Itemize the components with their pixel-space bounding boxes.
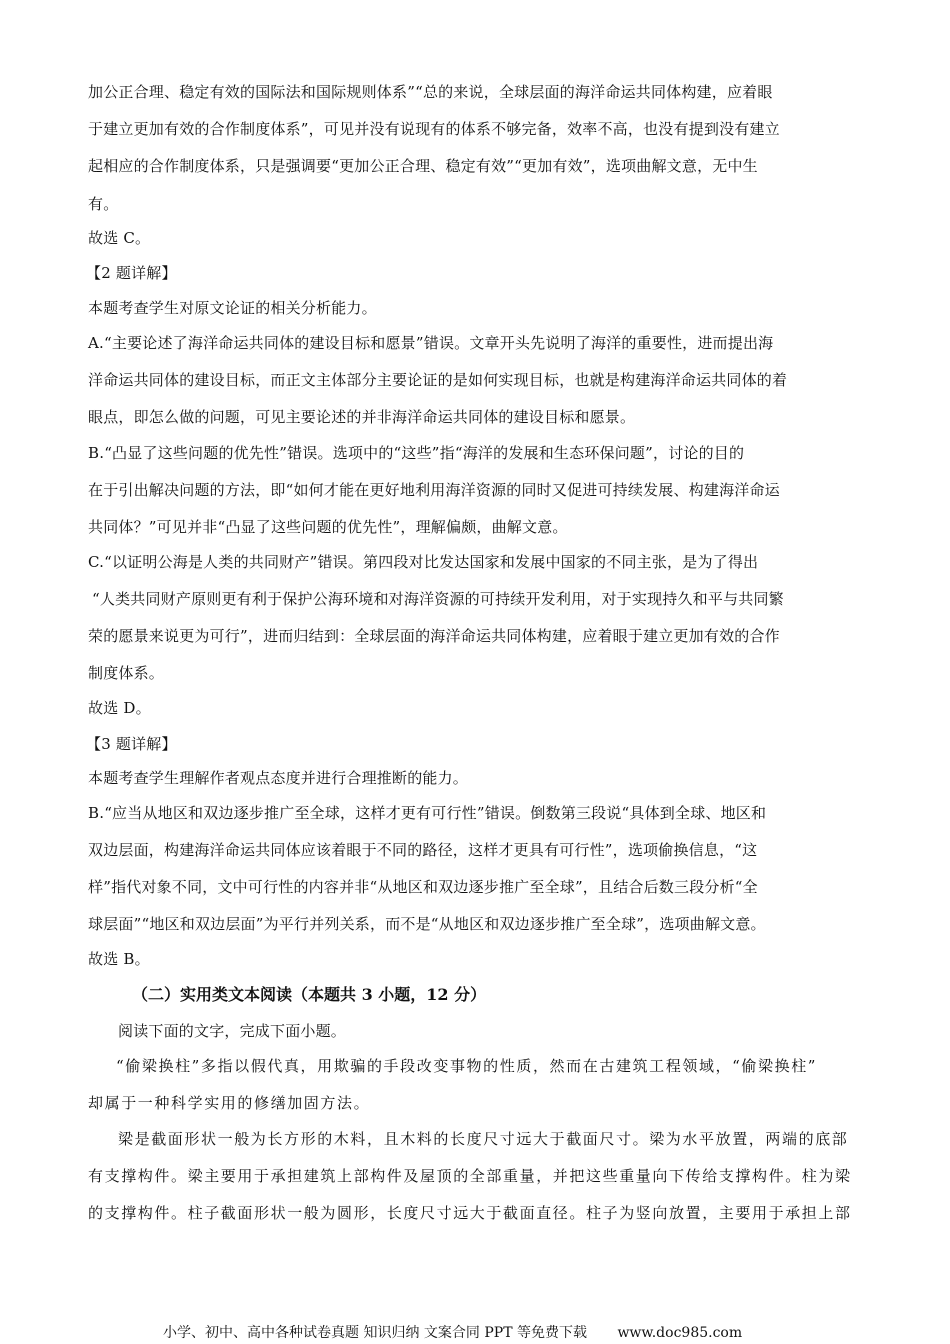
q2-option-c-line-2: “人类共同财产原则更有利于保护公海环境和对海洋资源的可持续开发利用，对于实现持久… <box>92 589 882 609</box>
q3-intro: 本题考查学生理解作者观点态度并进行合理推断的能力。 <box>88 768 878 788</box>
q3-option-b-line-3: 样”指代对象不同，文中可行性的内容并非“从地区和双边逐步推广至全球”，且结合后数… <box>88 877 878 897</box>
page-footer: 小学、初中、高中各种试卷真题 知识归纳 文案合同 PPT 等免费下载 www.d… <box>163 1324 742 1342</box>
q3-answer: 故选 B。 <box>88 949 878 969</box>
q1-line-1: 加公正合理、稳定有效的国际法和国际规则体系”“总的来说，全球层面的海洋命运共同体… <box>88 82 878 102</box>
q1-line-4: 有。 <box>88 194 878 214</box>
footer-url[interactable]: www.doc985.com <box>617 1325 742 1341</box>
q1-line-2: 于建立更加有效的合作制度体系”，可见并没有说现有的体系不够完备，效率不高，也没有… <box>88 119 878 139</box>
q1-line-3: 起相应的合作制度体系，只是强调要“更加公正合理、稳定有效”“更加有效”，选项曲解… <box>88 156 878 176</box>
passage-para2-line-2: 有支撑构件。梁主要用于承担建筑上部构件及屋顶的全部重量，并把这些重量向下传给支撑… <box>88 1166 878 1186</box>
q2-option-c-line-1: C.“以证明公海是人类的共同财产”错误。第四段对比发达国家和发展中国家的不同主张… <box>88 552 878 572</box>
q2-option-c-line-4: 制度体系。 <box>88 663 878 683</box>
q3-option-b-line-2: 双边层面，构建海洋命运共同体应该着眼于不同的路径，这样才更具有可行性”，选项偷换… <box>88 840 878 860</box>
q3-option-b-line-4: 球层面”“地区和双边层面”为平行并列关系，而不是“从地区和双边逐步推广至全球”，… <box>88 914 878 934</box>
document-page: 加公正合理、稳定有效的国际法和国际规则体系”“总的来说，全球层面的海洋命运共同体… <box>0 0 950 1344</box>
q2-option-b-line-2: 在于引出解决问题的方法，即“如何才能在更好地利用海洋资源的同时又促进可持续发展、… <box>88 480 878 500</box>
q2-option-a-line-1: A.“主要论述了海洋命运共同体的建设目标和愿景”错误。文章开头先说明了海洋的重要… <box>88 333 878 353</box>
passage-para1-line-2: 却属于一种科学实用的修缮加固方法。 <box>88 1093 878 1113</box>
section-instruction: 阅读下面的文字，完成下面小题。 <box>118 1021 908 1041</box>
passage-para2-line-3: 的支撑构件。柱子截面形状一般为圆形，长度尺寸远大于截面直径。柱子为竖向放置，主要… <box>88 1203 878 1223</box>
q2-intro: 本题考查学生对原文论证的相关分析能力。 <box>88 298 878 318</box>
q2-option-a-line-3: 眼点，即怎么做的问题，可见主要论述的并非海洋命运共同体的建设目标和愿景。 <box>88 407 878 427</box>
passage-para1-line-1: “偷梁换柱”多指以假代真，用欺骗的手段改变事物的性质，然而在古建筑工程领域，“偷… <box>116 1056 906 1076</box>
q2-answer: 故选 D。 <box>88 698 878 718</box>
passage-para2-line-1: 梁是截面形状一般为长方形的木料，且木料的长度尺寸远大于截面尺寸。梁为水平放置，两… <box>118 1129 908 1149</box>
q2-heading: 【2 题详解】 <box>86 263 876 283</box>
section-heading: （二）实用类文本阅读（本题共 3 小题，12 分） <box>132 984 486 1006</box>
q1-answer: 故选 C。 <box>88 228 878 248</box>
footer-text: 小学、初中、高中各种试卷真题 知识归纳 文案合同 PPT 等免费下载 <box>163 1325 587 1341</box>
q2-option-a-line-2: 洋命运共同体的建设目标，而正文主体部分主要论证的是如何实现目标，也就是构建海洋命… <box>88 370 878 390</box>
q2-option-b-line-1: B.“凸显了这些问题的优先性”错误。选项中的“这些”指“海洋的发展和生态环保问题… <box>88 443 878 463</box>
q2-option-b-line-3: 共同体？”可见并非“凸显了这些问题的优先性”，理解偏颇，曲解文意。 <box>88 517 878 537</box>
q3-option-b-line-1: B.“应当从地区和双边逐步推广至全球，这样才更有可行性”错误。倒数第三段说“具体… <box>88 803 878 823</box>
q3-heading: 【3 题详解】 <box>86 734 876 754</box>
q2-option-c-line-3: 荣的愿景来说更为可行”，进而归结到：全球层面的海洋命运共同体构建，应着眼于建立更… <box>88 626 878 646</box>
